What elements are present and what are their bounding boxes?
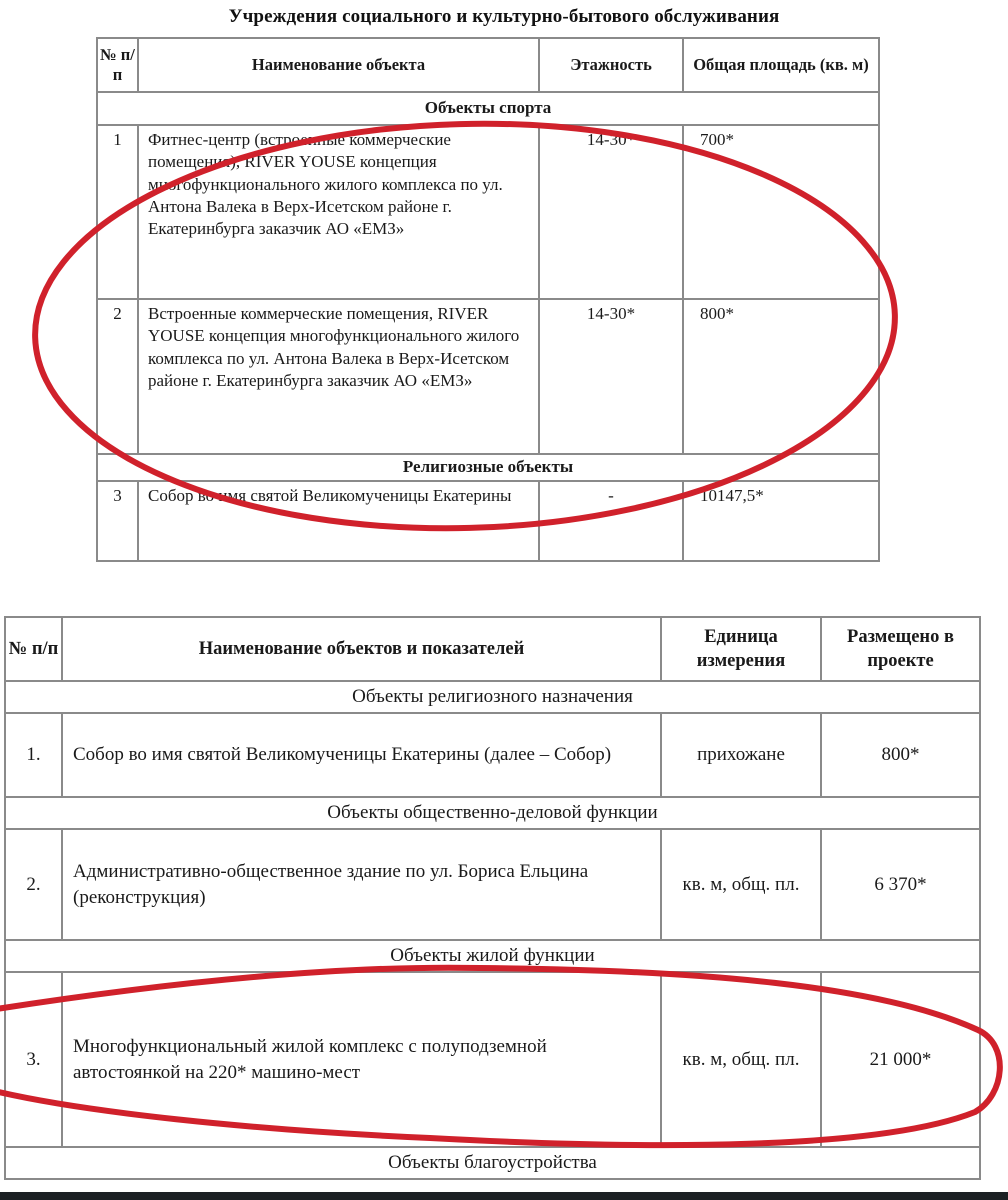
section-row-business: Объекты общественно-деловой функции xyxy=(5,797,980,829)
row-name: Собор во имя святой Великомученицы Екате… xyxy=(62,713,661,797)
table-row: 1. Собор во имя святой Великомученицы Ек… xyxy=(5,713,980,797)
header-num: № п/п xyxy=(97,38,138,92)
lower-table-region: № п/п Наименование объектов и показателе… xyxy=(0,598,1008,1192)
row-floors: 14-30* xyxy=(539,299,683,454)
row-num: 3. xyxy=(5,972,62,1147)
lower-table: № п/п Наименование объектов и показателе… xyxy=(4,616,981,1180)
section-row-residential: Объекты жилой функции xyxy=(5,940,980,972)
section-title: Объекты религиозного назначения xyxy=(5,681,980,713)
table-row: 1 Фитнес-центр (встроенные коммерческие … xyxy=(97,125,879,299)
row-name: Встроенные коммерческие помещения, RIVER… xyxy=(138,299,539,454)
row-value: 800* xyxy=(821,713,980,797)
section-row-religious: Объекты религиозного назначения xyxy=(5,681,980,713)
table-row: 2. Административно-общественное здание п… xyxy=(5,829,980,940)
section-row-landscaping: Объекты благоустройства xyxy=(5,1147,980,1179)
row-area: 700* xyxy=(683,125,879,299)
section-row-religious: Религиозные объекты xyxy=(97,454,879,481)
upper-table: № п/п Наименование объекта Этажность Общ… xyxy=(96,37,880,562)
table-row: 3 Собор во имя святой Великомученицы Ека… xyxy=(97,481,879,561)
table-row: 3. Многофункциональный жилой комплекс с … xyxy=(5,972,980,1147)
row-floors: - xyxy=(539,481,683,561)
row-num: 2 xyxy=(97,299,138,454)
row-unit: кв. м, общ. пл. xyxy=(661,972,821,1147)
row-num: 1. xyxy=(5,713,62,797)
row-num: 2. xyxy=(5,829,62,940)
upper-table-region: № п/п Наименование объекта Этажность Общ… xyxy=(0,0,1008,598)
table-row: 2 Встроенные коммерческие помещения, RIV… xyxy=(97,299,879,454)
lower-table-header: № п/п Наименование объектов и показателе… xyxy=(5,617,980,681)
row-num: 1 xyxy=(97,125,138,299)
row-name: Собор во имя святой Великомученицы Екате… xyxy=(138,481,539,561)
section-title: Объекты спорта xyxy=(97,92,879,125)
row-area: 800* xyxy=(683,299,879,454)
section-title: Объекты общественно-деловой функции xyxy=(5,797,980,829)
row-floors: 14-30* xyxy=(539,125,683,299)
header-unit: Единица измерения xyxy=(661,617,821,681)
section-title: Объекты благоустройства xyxy=(5,1147,980,1179)
upper-table-header: № п/п Наименование объекта Этажность Общ… xyxy=(97,38,879,92)
header-floors: Этажность xyxy=(539,38,683,92)
row-name: Многофункциональный жилой комплекс с пол… xyxy=(62,972,661,1147)
row-name: Административно-общественное здание по у… xyxy=(62,829,661,940)
row-unit: кв. м, общ. пл. xyxy=(661,829,821,940)
header-value: Размещено в проекте xyxy=(821,617,980,681)
section-title: Религиозные объекты xyxy=(97,454,879,481)
header-name: Наименование объектов и показателей xyxy=(62,617,661,681)
header-name: Наименование объекта xyxy=(138,38,539,92)
row-unit: прихожане xyxy=(661,713,821,797)
row-value: 6 370* xyxy=(821,829,980,940)
row-name: Фитнес-центр (встроенные коммерческие по… xyxy=(138,125,539,299)
row-value: 21 000* xyxy=(821,972,980,1147)
bottom-edge-bar xyxy=(0,1192,1008,1200)
section-row-sport: Объекты спорта xyxy=(97,92,879,125)
row-area: 10147,5* xyxy=(683,481,879,561)
header-num: № п/п xyxy=(5,617,62,681)
row-num: 3 xyxy=(97,481,138,561)
section-title: Объекты жилой функции xyxy=(5,940,980,972)
header-area: Общая площадь (кв. м) xyxy=(683,38,879,92)
